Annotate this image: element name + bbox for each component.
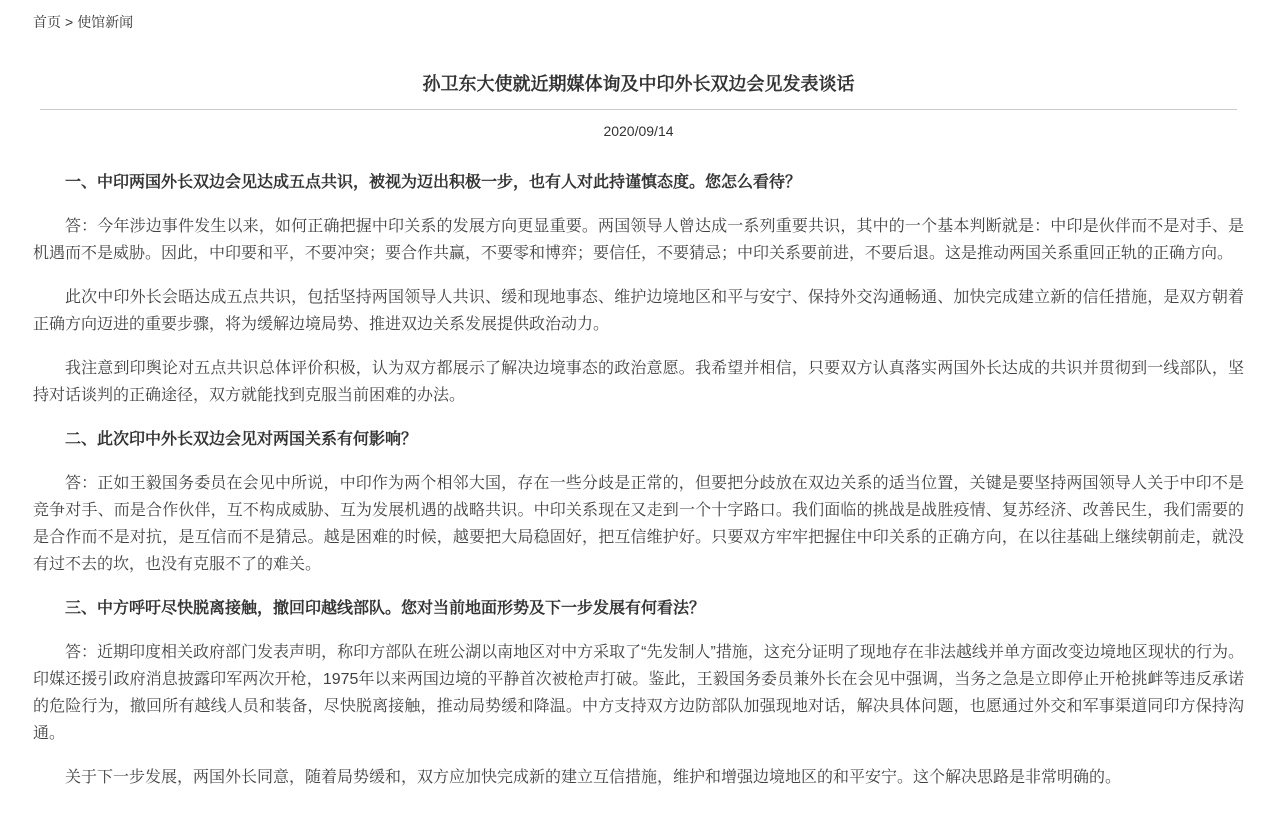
page-title: 孙卫东大使就近期媒体询及中印外长双边会见发表谈话 <box>33 72 1244 96</box>
article-paragraph: 答：正如王毅国务委员在会见中所说，中印作为两个相邻大国，存在一些分歧是正常的，但… <box>33 470 1244 578</box>
breadcrumb: 首页>使馆新闻 <box>0 0 1277 32</box>
article: 孙卫东大使就近期媒体询及中印外长双边会见发表谈话 2020/09/14 一、中印… <box>33 72 1244 791</box>
breadcrumb-home-link[interactable]: 首页 <box>33 14 61 30</box>
question-heading-1: 一、中印两国外长双边会见达成五点共识，被视为迈出积极一步，也有人对此持谨慎态度。… <box>33 169 1244 196</box>
article-paragraph: 关于下一步发展，两国外长同意，随着局势缓和，双方应加快完成新的建立互信措施，维护… <box>33 764 1244 791</box>
article-paragraph: 答：今年涉边事件发生以来，如何正确把握中印关系的发展方向更显重要。两国领导人曾达… <box>33 213 1244 267</box>
article-paragraph: 此次中印外长会晤达成五点共识，包括坚持两国领导人共识、缓和现地事态、维护边境地区… <box>33 284 1244 338</box>
breadcrumb-separator: > <box>65 14 73 30</box>
question-heading-2: 二、此次印中外长双边会见对两国关系有何影响？ <box>33 426 1244 453</box>
article-paragraph: 答：近期印度相关政府部门发表声明，称印方部队在班公湖以南地区对中方采取了“先发制… <box>33 639 1244 747</box>
article-paragraph: 我注意到印舆论对五点共识总体评价积极，认为双方都展示了解决边境事态的政治意愿。我… <box>33 355 1244 409</box>
title-divider <box>40 109 1237 110</box>
article-content: 一、中印两国外长双边会见达成五点共识，被视为迈出积极一步，也有人对此持谨慎态度。… <box>33 169 1244 791</box>
question-heading-3: 三、中方呼吁尽快脱离接触，撤回印越线部队。您对当前地面形势及下一步发展有何看法？ <box>33 595 1244 622</box>
article-date: 2020/09/14 <box>33 123 1244 139</box>
breadcrumb-section-link[interactable]: 使馆新闻 <box>77 14 133 30</box>
